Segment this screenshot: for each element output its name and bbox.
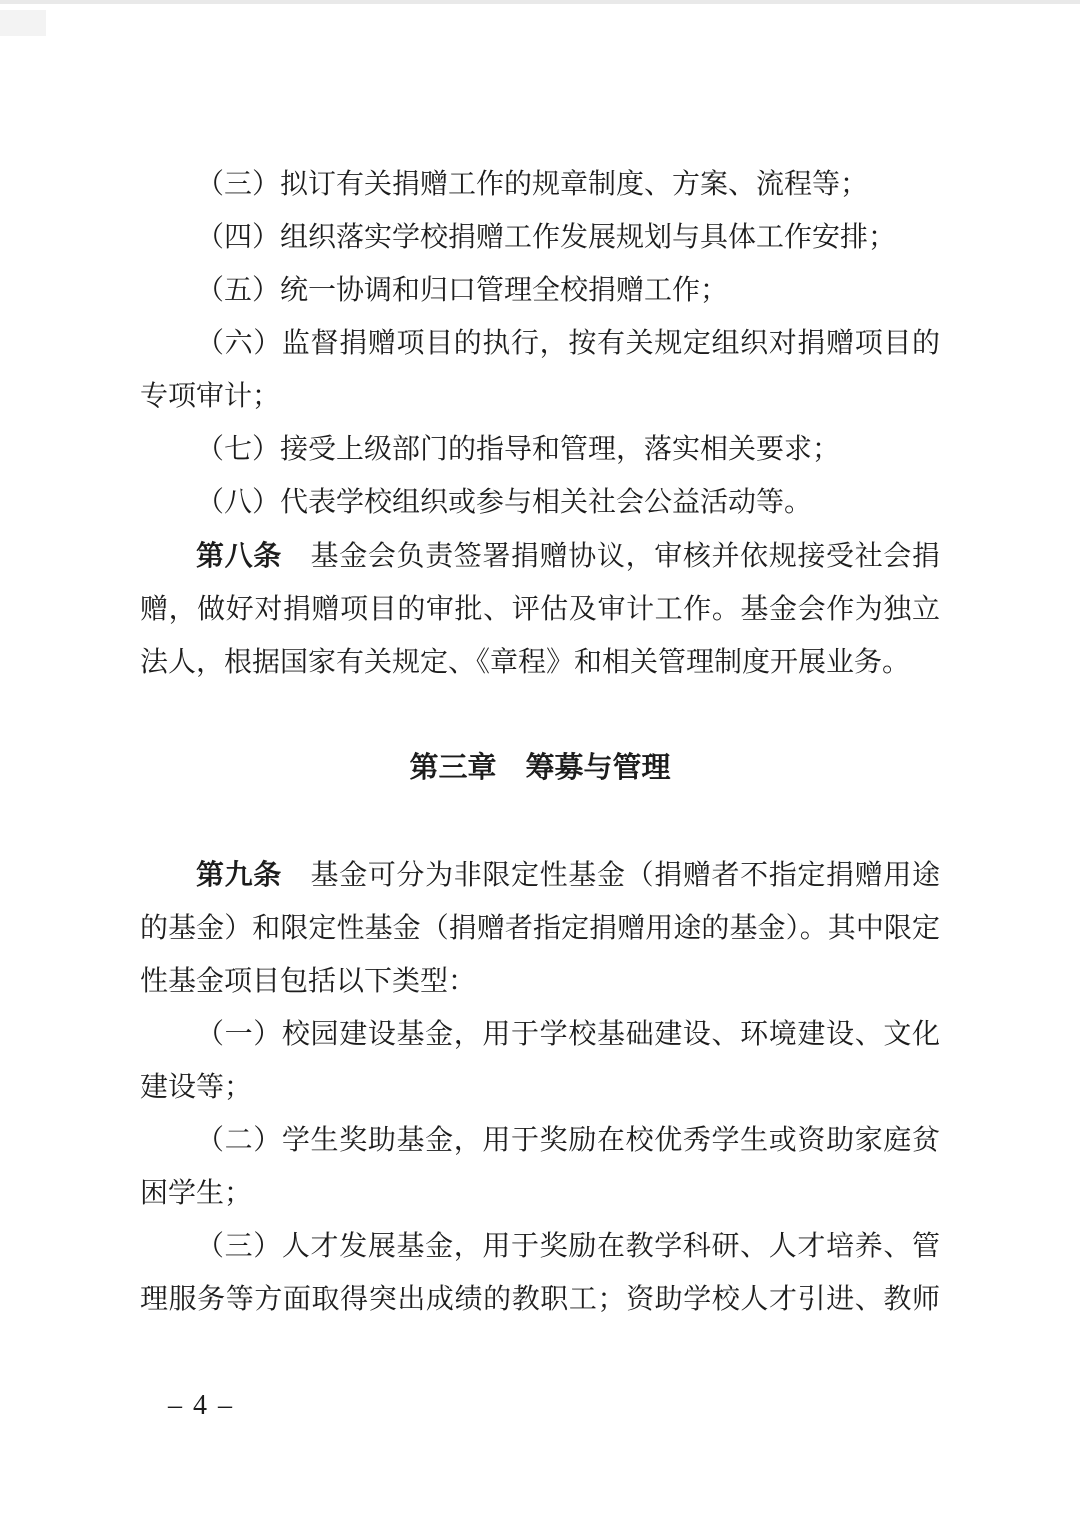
paragraph-line: （六）监督捐赠项目的执行，按有关规定组织对捐赠项目的 (140, 317, 940, 370)
document-page: （三）拟订有关捐赠工作的规章制度、方案、流程等； （四）组织落实学校捐赠工作发展… (0, 0, 1080, 1530)
paragraph-line: 法人，根据国家有关规定、《章程》和相关管理制度开展业务。 (140, 636, 940, 689)
paragraph-line: （八）代表学校组织或参与相关社会公益活动等。 (140, 476, 940, 529)
paragraph-line: （三）人才发展基金，用于奖励在教学科研、人才培养、管 (140, 1220, 940, 1273)
article-9-text: 基金可分为非限定性基金（捐赠者不指定捐赠用途 (282, 860, 940, 891)
paragraph-line: 赠，做好对捐赠项目的审批、评估及审计工作。基金会作为独立 (140, 583, 940, 636)
page-body: （三）拟订有关捐赠工作的规章制度、方案、流程等； （四）组织落实学校捐赠工作发展… (140, 158, 940, 1326)
page-number: – 4 – (168, 1386, 234, 1426)
paragraph-line: 专项审计； (140, 370, 940, 423)
paragraph-line: 理服务等方面取得突出成绩的教职工；资助学校人才引进、教师 (140, 1273, 940, 1326)
paragraph-line: 性基金项目包括以下类型： (140, 955, 940, 1008)
paragraph-line: （七）接受上级部门的指导和管理，落实相关要求； (140, 423, 940, 476)
paragraph-line: （五）统一协调和归口管理全校捐赠工作； (140, 264, 940, 317)
scan-artifact-top-edge (0, 0, 1080, 4)
paragraph-line: （一）校园建设基金，用于学校基础建设、环境建设、文化 (140, 1008, 940, 1061)
paragraph-line: 建设等； (140, 1061, 940, 1114)
paragraph-line: （三）拟订有关捐赠工作的规章制度、方案、流程等； (140, 158, 940, 211)
article-8-text: 基金会负责签署捐赠协议，审核并依规接受社会捐 (282, 541, 940, 572)
article-9-label: 第九条 (196, 859, 282, 890)
chapter-heading: 第三章 筹募与管理 (140, 742, 940, 795)
paragraph-line: （二）学生奖助基金，用于奖励在校优秀学生或资助家庭贫 (140, 1114, 940, 1167)
paragraph-line: 的基金）和限定性基金（捐赠者指定捐赠用途的基金）。其中限定 (140, 902, 940, 955)
paragraph-line: 困学生； (140, 1167, 940, 1220)
paragraph-line-article-9: 第九条 基金可分为非限定性基金（捐赠者不指定捐赠用途 (140, 848, 940, 902)
article-8-label: 第八条 (196, 540, 282, 571)
paragraph-line-article-8: 第八条 基金会负责签署捐赠协议，审核并依规接受社会捐 (140, 529, 940, 583)
scan-artifact-corner (0, 10, 46, 36)
paragraph-line: （四）组织落实学校捐赠工作发展规划与具体工作安排； (140, 211, 940, 264)
